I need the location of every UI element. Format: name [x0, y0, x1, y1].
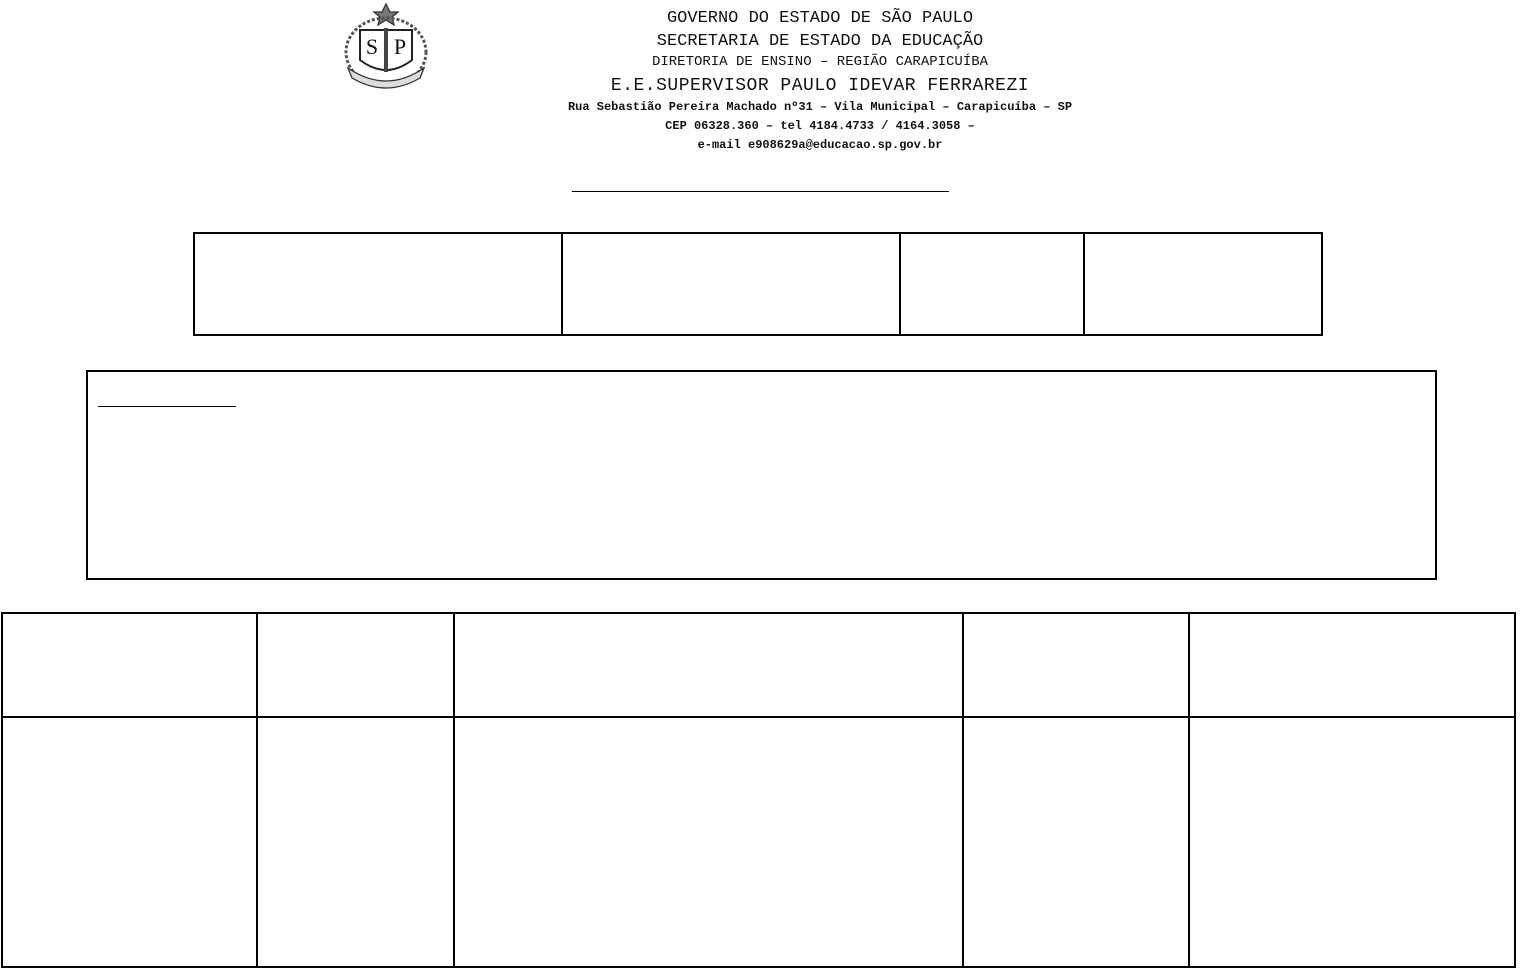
- info-cell: [194, 233, 562, 335]
- school-name: E.E.SUPERVISOR PAULO IDEVAR FERRAREZI: [480, 77, 1160, 101]
- secretariat-name: SECRETARIA DE ESTADO DA EDUCAÇÃO: [480, 33, 1160, 55]
- info-table: [193, 232, 1323, 336]
- school-address: Rua Sebastião Pereira Machado nº31 – Vil…: [480, 101, 1160, 120]
- table-header-cell: [963, 613, 1189, 717]
- table-cell: [2, 717, 257, 967]
- government-name: GOVERNO DO ESTADO DE SÃO PAULO: [480, 10, 1160, 33]
- table-cell: [454, 717, 963, 967]
- observations-label-line: [98, 406, 236, 407]
- table-header-row: [2, 613, 1515, 717]
- table-cell: [963, 717, 1189, 967]
- table-header-cell: [2, 613, 257, 717]
- table-header-cell: [257, 613, 454, 717]
- sao-paulo-crest-icon: S P: [340, 2, 432, 92]
- table-cell: [257, 717, 454, 967]
- table-row: [2, 717, 1515, 967]
- table-header-cell: [1189, 613, 1515, 717]
- info-cell: [900, 233, 1084, 335]
- document-title-line: [572, 191, 949, 192]
- main-table: [1, 612, 1516, 968]
- svg-text:S: S: [366, 34, 378, 59]
- table-header-cell: [454, 613, 963, 717]
- school-email: e-mail e908629a@educacao.sp.gov.br: [480, 139, 1160, 158]
- info-cell: [562, 233, 900, 335]
- info-cell: [1084, 233, 1322, 335]
- observations-box: [86, 370, 1437, 580]
- svg-text:P: P: [394, 34, 406, 59]
- directorate-name: DIRETORIA DE ENSINO – REGIÃO CARAPICUÍBA: [480, 55, 1160, 77]
- info-row: [194, 233, 1322, 335]
- table-cell: [1189, 717, 1515, 967]
- school-cep-phone: CEP 06328.360 – tel 4184.4733 / 4164.305…: [480, 120, 1160, 139]
- letterhead: GOVERNO DO ESTADO DE SÃO PAULO SECRETARI…: [480, 8, 1160, 158]
